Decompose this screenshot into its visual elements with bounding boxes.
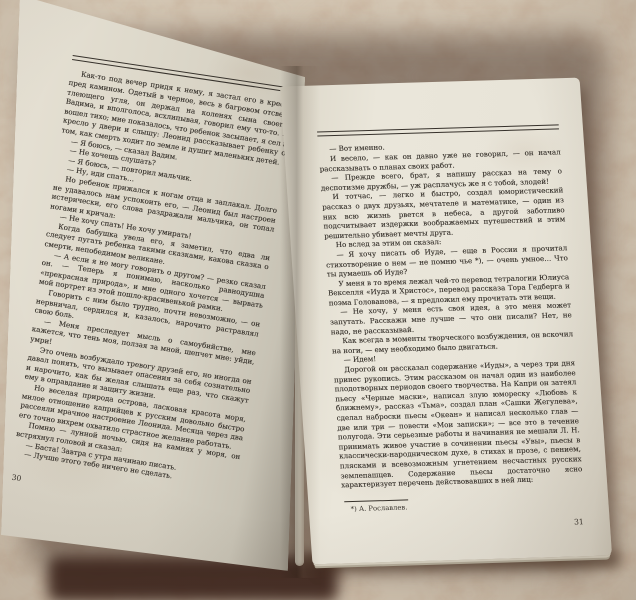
book-right-page: — Вот именно.И весело, — как он давно уж… (280, 78, 612, 565)
left-page-paragraphs: Как-то под вечер придя к нему, я застал … (13, 68, 294, 490)
paragraph: И тотчас, — легко и быстро, создал юмори… (321, 186, 566, 241)
footnote-rule (344, 499, 408, 502)
right-page-paragraphs: — Вот именно.И весело, — как он давно уж… (318, 138, 583, 490)
right-page-text-block: — Вот именно.И весело, — как он давно уж… (317, 124, 586, 533)
page-header-rule (317, 124, 559, 137)
photo-background: Как-то под вечер придя к нему, я застал … (0, 0, 636, 600)
paragraph: Дорогой он рассказал содержание «Иуды», … (333, 358, 583, 490)
page-number-right: 31 (344, 517, 584, 533)
left-page-text-block: Как-то под вечер придя к нему, я застал … (9, 55, 295, 514)
book-left-page: Как-то под вечер придя к нему, я застал … (0, 0, 308, 583)
